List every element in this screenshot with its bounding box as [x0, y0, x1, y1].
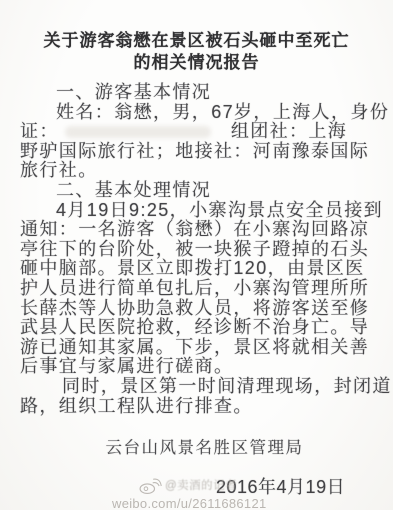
- agency-line-end: 旅行社。: [20, 161, 381, 181]
- section1-heading: 一、游客基本情况: [20, 83, 381, 103]
- body-line: 游已通知其家属。下步，景区将就相关善: [20, 338, 381, 358]
- document-title: 关于游客翁懋在景区被石头砸中至死亡 的相关情况报告: [0, 30, 393, 74]
- document-photo: 关于游客翁懋在景区被石头砸中至死亡 的相关情况报告 一、游客基本情况 姓名：翁懋…: [0, 0, 393, 510]
- body-line: 长薛杰等人协助急救人员，将游客送至修: [20, 299, 381, 319]
- body-line: 武县人民医院抢救，经诊断不治身亡。导: [20, 318, 381, 338]
- tour-group-label: 组团社：上海: [231, 121, 347, 141]
- id-number-line: 证：组团社：上海: [20, 122, 381, 142]
- document-body: 一、游客基本情况 姓名：翁懋，男，67岁，上海人，身份 证：组团社：上海 野驴国…: [20, 83, 381, 416]
- body-line: 4月19日9:25，小寨沟景点安全员接到: [20, 201, 381, 221]
- document-title-line1: 关于游客翁懋在景区被石头砸中至死亡: [0, 30, 393, 52]
- body-line: 同时，景区第一时间清理现场，封闭道: [20, 377, 381, 397]
- weibo-url: weibo.com/u/2611686121: [112, 497, 267, 510]
- visitor-name-line: 姓名：翁懋，男，67岁，上海人，身份: [20, 103, 381, 123]
- weibo-logo-icon: [138, 477, 162, 495]
- section2-heading: 二、基本处理情况: [20, 181, 381, 201]
- document-title-line2: 的相关情况报告: [0, 52, 393, 74]
- body-line: 后事宜与家属进行磋商。: [20, 357, 381, 377]
- body-line: 路，组织工程队进行排查。: [20, 397, 381, 417]
- body-line: 通知：一名游客（翁懋）在小寨沟回路凉: [20, 220, 381, 240]
- issuing-authority: 云台山风景名胜区管理局: [0, 434, 393, 458]
- body-line: 护人员进行简单包扎后，小寨沟管理所所: [20, 279, 381, 299]
- body-line: 亭往下的台阶处，被一块猴子蹬掉的石头: [20, 240, 381, 260]
- redacted-id-number: [65, 126, 211, 138]
- weibo-watermark: @卖酒的记者 weibo.com/u/2611686121: [112, 477, 267, 510]
- id-label: 证：: [20, 121, 59, 141]
- body-line: 砸中脑部。景区立即拨打120，由景区医: [20, 259, 381, 279]
- agency-line: 野驴国际旅行社；地接社：河南豫泰国际: [20, 142, 381, 162]
- weibo-handle: @卖酒的记者: [165, 480, 237, 493]
